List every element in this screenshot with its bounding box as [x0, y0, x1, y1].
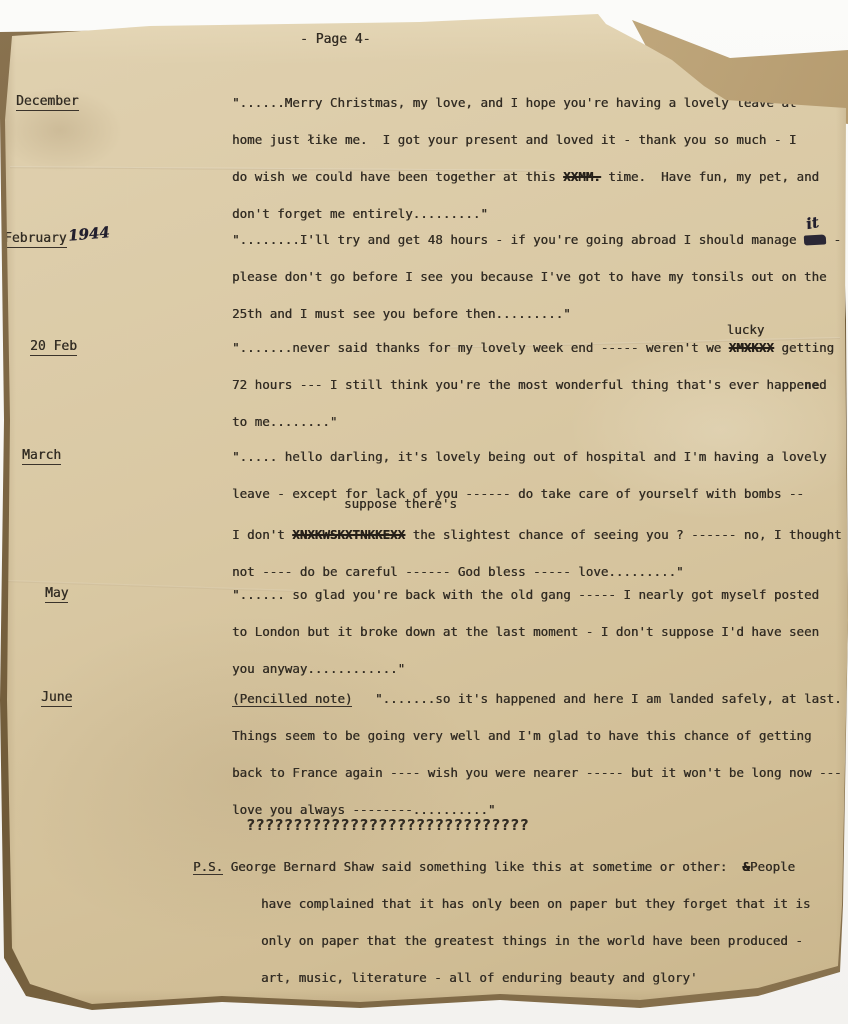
entry-body: "...... so glad you're back with the old… [232, 576, 848, 687]
entry-may: May "...... so glad you're back with the… [0, 576, 848, 687]
typed-text: ".......so it's happened and here I am l… [352, 691, 841, 706]
typed-text: getting [774, 340, 834, 355]
entry-march: March "..... hello darling, it's lovely … [0, 438, 848, 590]
typed-line: to me........" [232, 403, 848, 440]
overtyped-letters: ne [804, 377, 819, 392]
typed-line: leave - except for lack of you ------ do… [232, 475, 848, 512]
entry-date-label: February [4, 231, 67, 248]
struck-out-word: luckyXMXKXX [729, 340, 774, 355]
entry-body: "..... hello darling, it's lovely being … [232, 438, 848, 590]
typed-text: d [819, 377, 827, 392]
typed-line: back to France again ---- wish you were … [232, 754, 848, 791]
typed-line: "..... hello darling, it's lovely being … [232, 438, 848, 475]
entry-date-label: June [41, 690, 72, 707]
struck-out-word: XNXKWSKXTNKKEXX [292, 527, 405, 542]
photo-background: - Page 4- December "......Merry Christma… [0, 0, 848, 1024]
typed-line: do wish we could have been together at t… [232, 158, 848, 195]
typed-text: George Bernard Shaw said something like … [223, 859, 742, 874]
typed-text: "........I'll try and get 48 hours - if … [232, 232, 804, 247]
typed-line: 72 hours --- I still think you're the mo… [232, 366, 848, 403]
typed-text: time. Have fun, my pet, and [601, 169, 819, 184]
typed-text: - [826, 232, 841, 247]
typed-line: "........I'll try and get 48 hours - if … [232, 221, 848, 258]
entry-body: "......Merry Christmas, my love, and I h… [232, 84, 848, 232]
typed-text: the slightest chance of seeing you ? ---… [405, 527, 842, 542]
typed-line: home just łike me. I got your present an… [232, 121, 848, 158]
typed-text: ".......never said thanks for my lovely … [232, 340, 729, 355]
typed-text: 72 hours --- I still think you're the mo… [232, 377, 804, 392]
entry-february-1944: February 1944 "........I'll try and get … [0, 221, 848, 332]
handwritten-year: 1944 [67, 225, 110, 244]
typed-correction-above: lucky [727, 324, 765, 337]
typed-text: do wish we could have been together at t… [232, 169, 563, 184]
entry-date-label: 20 Feb [30, 339, 77, 356]
entry-date-label: March [22, 448, 61, 465]
entry-june: June (Pencilled note) ".......so it's ha… [0, 680, 848, 828]
typewritten-page: - Page 4- December "......Merry Christma… [0, 0, 848, 1024]
typed-line: (Pencilled note) ".......so it's happene… [232, 680, 848, 717]
typed-line: Things seem to be going very well and I'… [232, 717, 848, 754]
handwritten-correction: it [805, 215, 820, 232]
entry-body: (Pencilled note) ".......so it's happene… [232, 680, 848, 828]
entry-body: "........I'll try and get 48 hours - if … [232, 221, 848, 332]
typed-line: "...... so glad you're back with the old… [232, 576, 848, 613]
ps-label: P.S. [193, 859, 223, 875]
typed-line: please don't go before I see you because… [232, 258, 848, 295]
entry-20-feb: 20 Feb ".......never said thanks for my … [0, 329, 848, 440]
entry-december: December "......Merry Christmas, my love… [0, 84, 848, 232]
entry-date-label: December [16, 94, 79, 111]
question-marks-row: ?????????????????????????????? [246, 816, 529, 834]
entry-date-label: May [45, 586, 68, 603]
typed-text: I don't [232, 527, 292, 542]
typed-line: ".......never said thanks for my lovely … [232, 329, 848, 366]
typed-line: suppose there'sI don't XNXKWSKXTNKKEXX t… [232, 516, 848, 553]
typed-line: to London but it broke down at the last … [232, 613, 848, 650]
struck-out-character: & [742, 859, 750, 874]
typed-line: P.S. George Bernard Shaw said something … [193, 848, 848, 885]
postscript: P.S. George Bernard Shaw said something … [193, 848, 848, 996]
struck-out-word: XXMM. [563, 169, 601, 184]
entry-body: ".......never said thanks for my lovely … [232, 329, 848, 440]
typed-insert-above: suppose there's [344, 498, 457, 511]
pencilled-note-label: (Pencilled note) [232, 691, 352, 707]
typed-line: only on paper that the greatest things i… [261, 922, 848, 959]
page-number: - Page 4- [300, 32, 370, 48]
inked-out-word: it [804, 234, 826, 245]
struck-text: XMXKXX [729, 340, 774, 355]
typed-line: have complained that it has only been on… [261, 885, 848, 922]
typed-text: People [750, 859, 795, 874]
